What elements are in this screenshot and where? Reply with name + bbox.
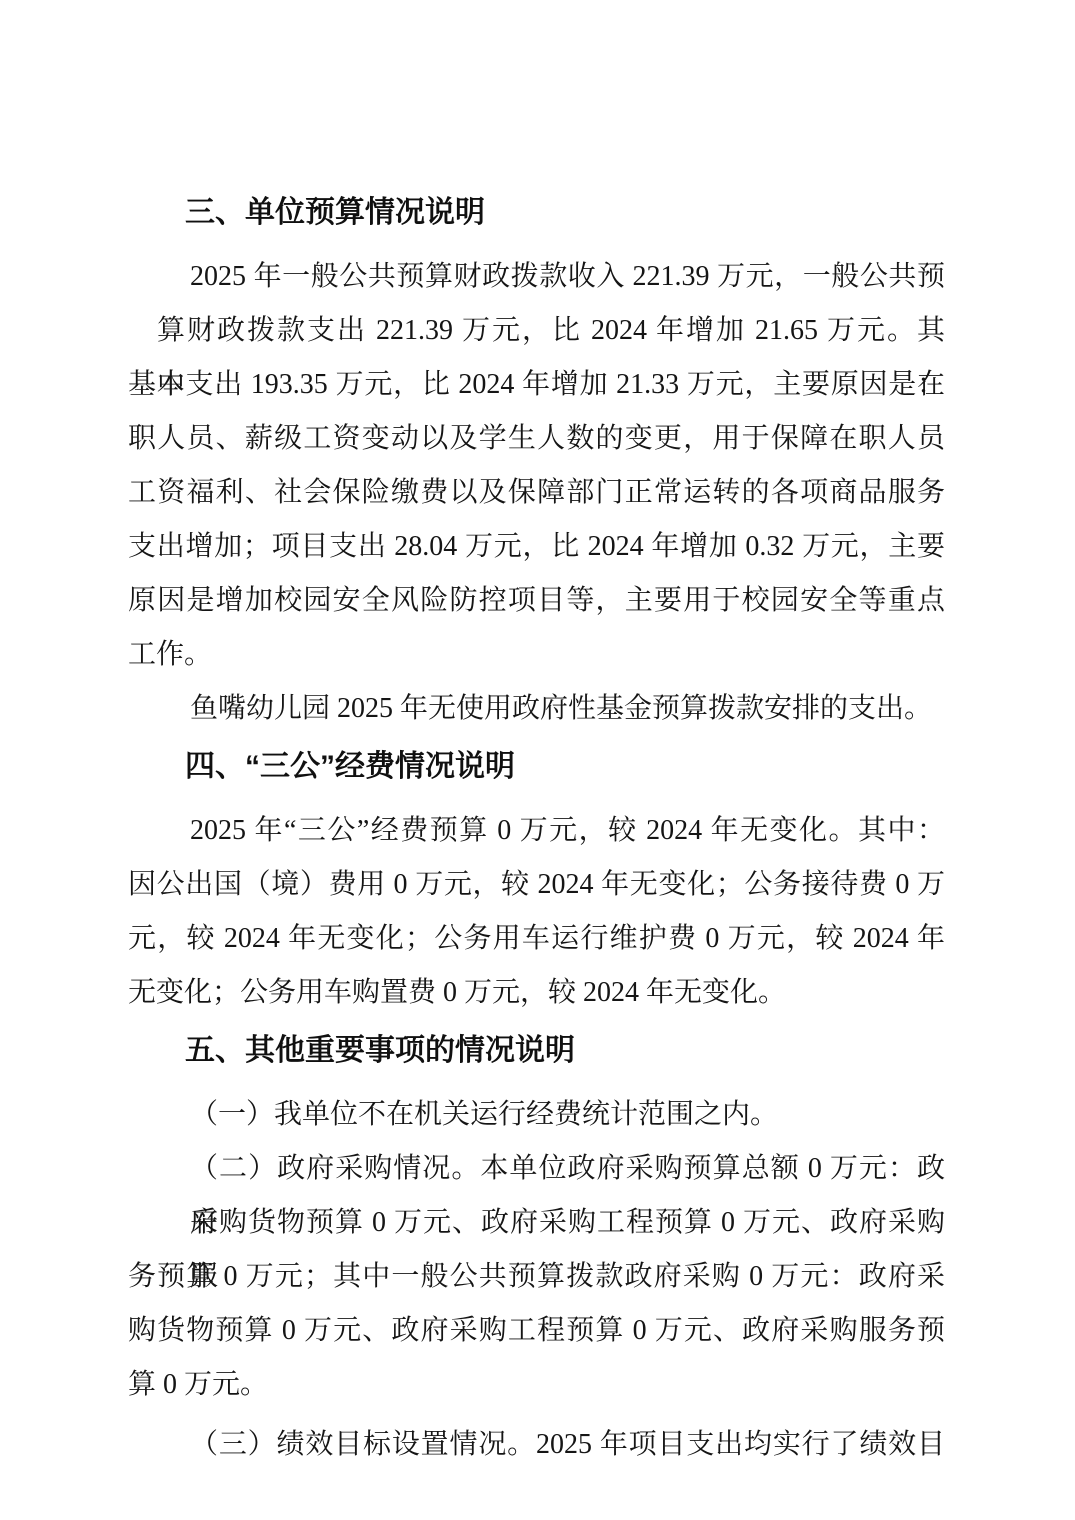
paragraph-item-three-performance: （三）绩效目标设置情况。2025 年项目支出均实行了绩效目 [128,1418,945,1472]
text-line: 2025 年“三公”经费预算 0 万元，较 2024 年无变化。其中： [128,804,945,858]
document-page: 三、单位预算情况说明 2025 年一般公共预算财政拨款收入 221.39 万元，… [0,0,1075,1520]
text-line: 工资福利、社会保险缴费以及保障部门正常运转的各项商品服务 [128,466,945,520]
document-content: 三、单位预算情况说明 2025 年一般公共预算财政拨款收入 221.39 万元，… [128,0,945,1472]
text-line: 基本支出 193.35 万元，比 2024 年增加 21.33 万元，主要原因是… [128,358,945,412]
text-line: 鱼嘴幼儿园 2025 年无使用政府性基金预算拨款安排的支出。 [128,682,945,736]
text-line: 2025 年一般公共预算财政拨款收入 221.39 万元，一般公共预 [128,250,945,304]
text-line: 支出增加；项目支出 28.04 万元，比 2024 年增加 0.32 万元，主要 [128,520,945,574]
section-heading-budget-overview: 三、单位预算情况说明 [128,186,945,240]
text-line: 算 0 万元。 [128,1358,945,1412]
text-line: （一）我单位不在机关运行经费统计范围之内。 [128,1088,945,1142]
paragraph-item-one: （一）我单位不在机关运行经费统计范围之内。 [128,1088,945,1142]
section-heading-other-important-matters: 五、其他重要事项的情况说明 [128,1024,945,1078]
section-heading-three-public-expenses: 四、“三公”经费情况说明 [128,740,945,794]
text-line: 购货物预算 0 万元、政府采购工程预算 0 万元、政府采购服务预 [128,1304,945,1358]
text-line: 职人员、薪级工资变动以及学生人数的变更，用于保障在职人员 [128,412,945,466]
text-line: 算财政拨款支出 221.39 万元，比 2024 年增加 21.65 万元。其中… [128,304,945,358]
paragraph-item-two-procurement: （二）政府采购情况。本单位政府采购预算总额 0 万元：政府 采购货物预算 0 万… [128,1142,945,1412]
text-line: 原因是增加校园安全风险防控项目等，主要用于校园安全等重点 [128,574,945,628]
text-line: 采购货物预算 0 万元、政府采购工程预算 0 万元、政府采购服 [128,1196,945,1250]
text-line: （三）绩效目标设置情况。2025 年项目支出均实行了绩效目 [128,1418,945,1472]
text-line: 无变化；公务用车购置费 0 万元，较 2024 年无变化。 [128,966,945,1020]
text-line: 务预算 0 万元；其中一般公共预算拨款政府采购 0 万元：政府采 [128,1250,945,1304]
paragraph-budget-detail: 2025 年一般公共预算财政拨款收入 221.39 万元，一般公共预 算财政拨款… [128,250,945,682]
text-line: 工作。 [128,628,945,682]
text-line: 元，较 2024 年无变化；公务用车运行维护费 0 万元，较 2024 年 [128,912,945,966]
paragraph-three-public-detail: 2025 年“三公”经费预算 0 万元，较 2024 年无变化。其中： 因公出国… [128,804,945,1020]
paragraph-gov-fund-note: 鱼嘴幼儿园 2025 年无使用政府性基金预算拨款安排的支出。 [128,682,945,736]
text-line: 因公出国（境）费用 0 万元，较 2024 年无变化；公务接待费 0 万 [128,858,945,912]
text-line: （二）政府采购情况。本单位政府采购预算总额 0 万元：政府 [128,1142,945,1196]
